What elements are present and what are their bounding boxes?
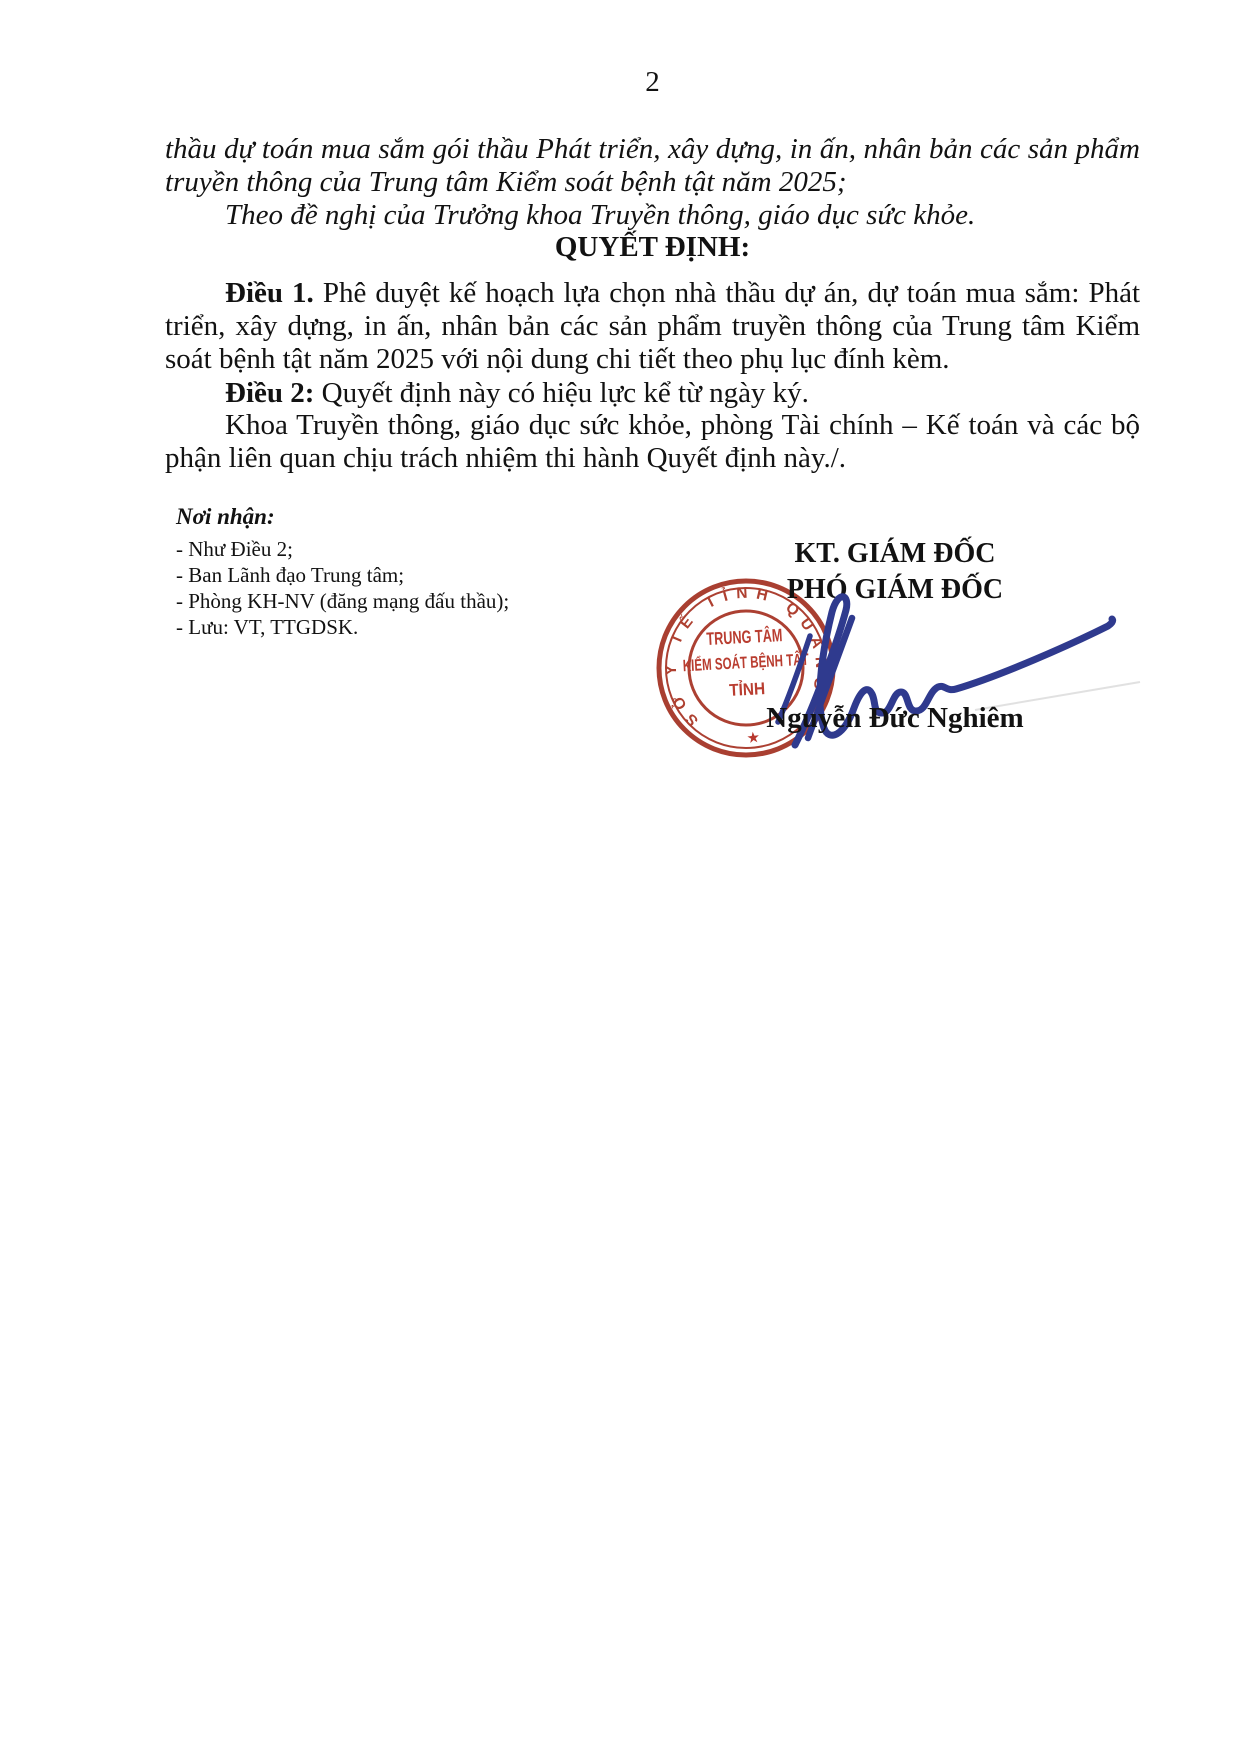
recipient-item: - Ban Lãnh đạo Trung tâm; [176, 562, 646, 588]
decision-heading: QUYẾT ĐỊNH: [165, 231, 1140, 264]
signer-name: Nguyễn Đức Nghiêm [650, 702, 1140, 735]
recipients-block: Nơi nhận: - Như Điều 2; - Ban Lãnh đạo T… [176, 504, 646, 640]
article-2: Điều 2: Quyết định này có hiệu lực kể từ… [165, 377, 1140, 410]
recipient-item: - Như Điều 2; [176, 536, 646, 562]
signer-role-line1: KT. GIÁM ĐỐC [650, 536, 1140, 572]
proposal-line: Theo đề nghị của Trưởng khoa Truyền thôn… [165, 199, 1140, 232]
article-1-label: Điều 1. [225, 277, 314, 309]
article-1: Điều 1. Phê duyệt kế hoạch lựa chọn nhà … [165, 277, 1140, 376]
page-number: 2 [165, 66, 1140, 99]
recipient-item: - Lưu: VT, TTGDSK. [176, 614, 646, 640]
stamp-center-line3: TỈNH [729, 679, 766, 700]
recipient-item: - Phòng KH-NV (đăng mạng đấu thầu); [176, 588, 646, 614]
article-2-paragraph-2: Khoa Truyền thông, giáo dục sức khỏe, ph… [165, 409, 1140, 475]
recipients-heading: Nơi nhận: [176, 504, 646, 530]
article-2-text: Quyết định này có hiệu lực kể từ ngày ký… [314, 377, 809, 409]
article-2-label: Điều 2: [225, 377, 314, 409]
document-page: 2 thầu dự toán mua sắm gói thầu Phát tri… [0, 0, 1241, 1755]
continuation-paragraph: thầu dự toán mua sắm gói thầu Phát triển… [165, 133, 1140, 199]
